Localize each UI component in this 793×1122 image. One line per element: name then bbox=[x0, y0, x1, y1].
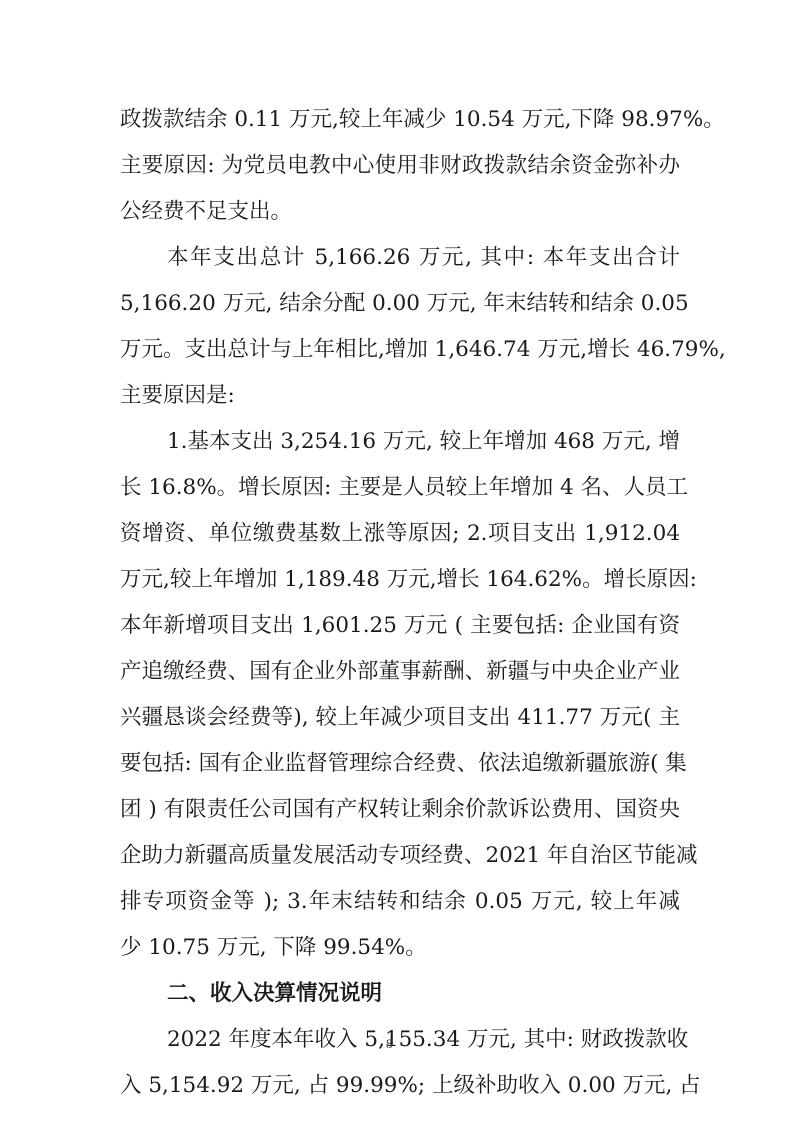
body-line: 团 ) 有限责任公司国有产权转让剩余价款诉讼费用、国资央 bbox=[120, 795, 680, 825]
body-line: 5,166.20 万元, 结余分配 0.00 万元, 年末结转和结余 0.05 bbox=[120, 289, 680, 319]
body-line: 长 16.8%。增长原因: 主要是人员较上年增加 4 名、人员工 bbox=[120, 473, 680, 503]
body-line: 入 5,154.92 万元, 占 99.99%; 上级补助收入 0.00 万元,… bbox=[120, 1071, 680, 1101]
body-line: 兴疆恳谈会经费等), 较上年减少项目支出 411.77 万元( 主 bbox=[120, 703, 680, 733]
body-line: 公经费不足支出。 bbox=[120, 197, 680, 227]
paragraph-start-line: 本年支出总计 5,166.26 万元, 其中: 本年支出合计 bbox=[167, 243, 680, 273]
paragraph-start-line: 1.基本支出 3,254.16 万元, 较上年增加 468 万元, 增 bbox=[167, 427, 680, 457]
body-line: 万元,较上年增加 1,189.48 万元,增长 164.62%。增长原因: bbox=[120, 565, 680, 595]
body-line: 本年新增项目支出 1,601.25 万元 ( 主要包括: 企业国有资 bbox=[120, 611, 680, 641]
body-line: 要包括: 国有企业监督管理综合经费、依法追缴新疆旅游( 集 bbox=[120, 749, 680, 779]
section-heading: 二、收入决算情况说明 bbox=[167, 979, 680, 1009]
body-line: 企助力新疆高质量发展活动专项经费、2021 年自治区节能减 bbox=[120, 841, 680, 871]
page-number: 8 bbox=[386, 1036, 393, 1052]
body-line: 资增资、单位缴费基数上涨等原因; 2.项目支出 1,912.04 bbox=[120, 519, 680, 549]
paragraph-start-line: 2022 年度本年收入 5,155.34 万元, 其中: 财政拨款收 bbox=[167, 1025, 680, 1055]
body-line: 万元。支出总计与上年相比,增加 1,646.74 万元,增长 46.79%, bbox=[120, 335, 680, 365]
document-page: 政拨款结余 0.11 万元,较上年减少 10.54 万元,下降 98.97%。 … bbox=[0, 0, 793, 1122]
body-line: 产追缴经费、国有企业外部董事薪酬、新疆与中央企业产业 bbox=[120, 657, 680, 687]
body-line: 少 10.75 万元, 下降 99.54%。 bbox=[120, 933, 680, 963]
body-line: 政拨款结余 0.11 万元,较上年减少 10.54 万元,下降 98.97%。 bbox=[120, 105, 680, 135]
body-line: 主要原因: 为党员电教中心使用非财政拨款结余资金弥补办 bbox=[120, 151, 680, 181]
body-line: 主要原因是: bbox=[120, 381, 680, 411]
body-line: 排专项资金等 ); 3.年末结转和结余 0.05 万元, 较上年减 bbox=[120, 887, 680, 917]
